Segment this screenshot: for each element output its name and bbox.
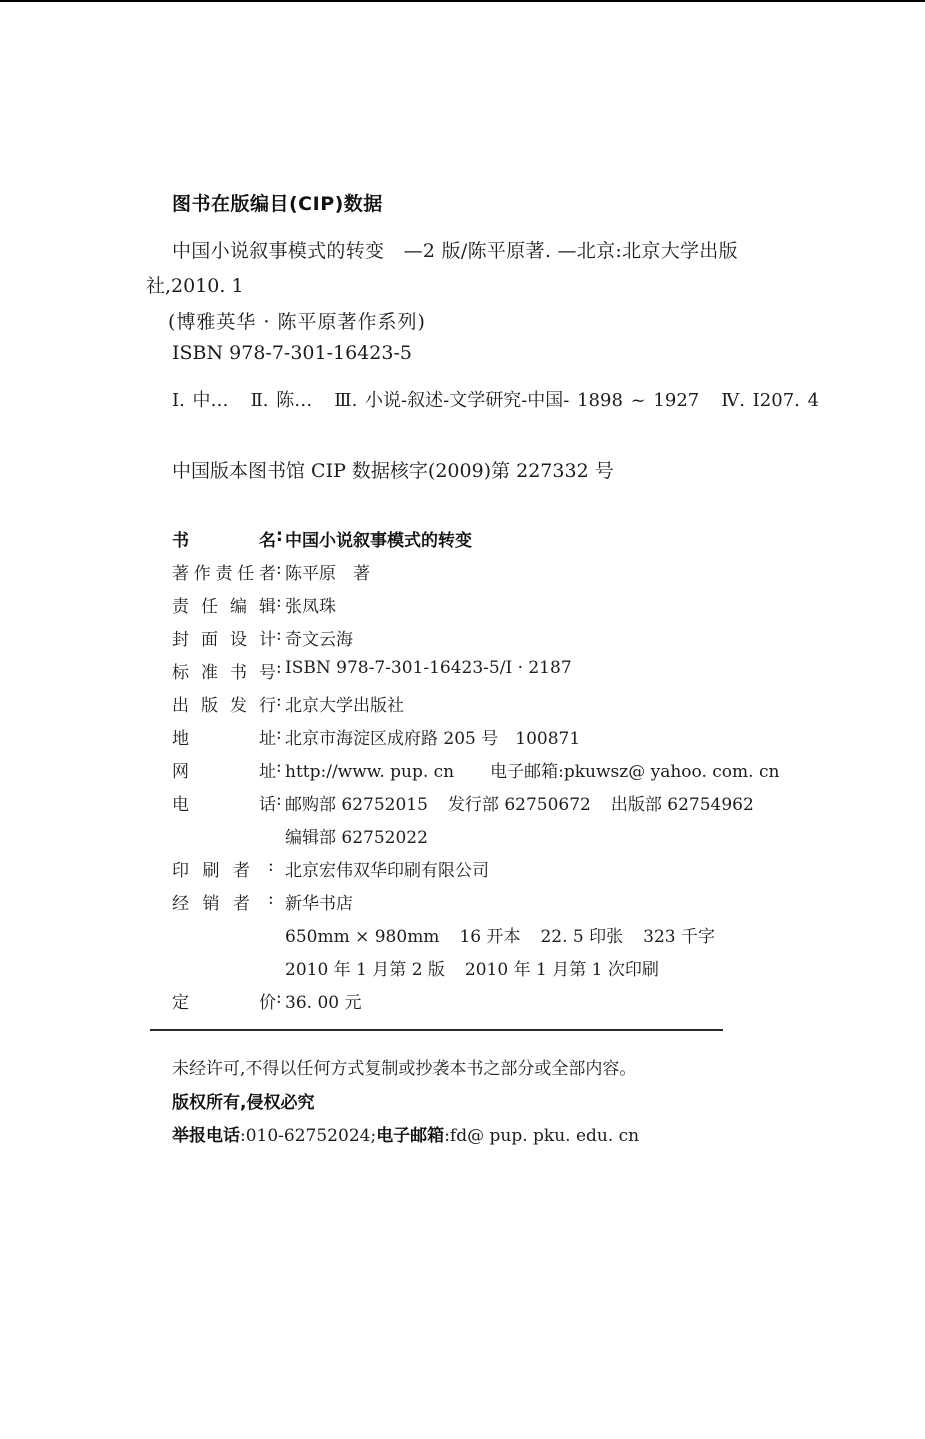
row-cover-design: 封面设计 : 奇文云海 (172, 625, 812, 658)
publisher-value: 北京大学出版社 (285, 691, 404, 716)
cip-classification: Ⅰ. 中…Ⅱ. 陈…Ⅲ. 小说-叙述-文学研究-中国- 1898 ~ 1927Ⅳ… (172, 386, 819, 412)
cip-entry-line-1: 中国小说叙事模式的转变 —2 版/陈平原著. —北京:北京大学出版 (172, 236, 738, 263)
label: 著作责任者 (172, 559, 276, 584)
report-label: 举报电话 (172, 1126, 240, 1146)
edition: 2010 年 1 月第 2 版 (285, 960, 445, 980)
sheets: 22. 5 印张 (540, 927, 623, 947)
phone-publishing: 出版部 62754962 (611, 795, 754, 815)
row-address: 地址 : 北京市海淀区成府路 205 号 100871 (172, 724, 812, 757)
folio: 16 开本 (459, 927, 520, 947)
row-phone-continued: 编辑部 62752022 (172, 823, 812, 856)
format: 650mm × 980mm (285, 927, 439, 947)
row-specs: 650mm × 980mm16 开本22. 5 印张323 千字 (172, 922, 812, 955)
divider-rule (150, 1029, 723, 1031)
label: 书名 (172, 526, 276, 551)
email-label: 电子邮箱 (376, 1126, 444, 1146)
row-book-title: 书名 : 中国小说叙事模式的转变 (172, 526, 812, 559)
copyright-notice: 未经许可,不得以任何方式复制或抄袭本书之部分或全部内容。 (172, 1054, 636, 1079)
class-2: Ⅱ. 陈… (251, 390, 313, 411)
email-link[interactable]: 电子邮箱:pkuwsz@ yahoo. com. cn (490, 762, 779, 782)
word-count: 323 千字 (643, 927, 715, 947)
label: 印刷者 (172, 856, 250, 881)
label: 定价 (172, 988, 276, 1013)
row-distributor: 经销者 : 新华书店 (172, 889, 812, 922)
copyright-page: 图书在版编目(CIP)数据 中国小说叙事模式的转变 —2 版/陈平原著. —北京… (0, 0, 925, 1439)
colophon: 书名 : 中国小说叙事模式的转变 著作责任者 : 陈平原 著 责任编辑 : 张凤… (172, 526, 812, 1021)
row-standard-book-number: 标准书号 : ISBN 978-7-301-16423-5/I · 2187 (172, 658, 812, 691)
report-email[interactable]: :fd@ pup. pku. edu. cn (444, 1126, 639, 1146)
label: 标准书号 (172, 658, 276, 683)
row-editor: 责任编辑 : 张凤珠 (172, 592, 812, 625)
website-link[interactable]: http://www. pup. cn (285, 762, 454, 782)
author-value: 陈平原 著 (285, 559, 370, 584)
label: 封面设计 (172, 625, 276, 650)
row-editions: 2010 年 1 月第 2 版2010 年 1 月第 1 次印刷 (172, 955, 812, 988)
editor-value: 张凤珠 (285, 592, 336, 617)
address-value: 北京市海淀区成府路 205 号 100871 (285, 724, 580, 749)
row-publisher: 出版发行 : 北京大学出版社 (172, 691, 812, 724)
row-website: 网址 : http://www. pup. cn电子邮箱:pkuwsz@ yah… (172, 757, 812, 790)
label: 电话 (172, 790, 276, 815)
label: 责任编辑 (172, 592, 276, 617)
class-1: Ⅰ. 中… (172, 390, 229, 411)
cip-approval-number: 中国版本图书馆 CIP 数据核字(2009)第 227332 号 (172, 456, 614, 483)
report-phone: :010-62752024; (240, 1126, 376, 1146)
row-printer: 印刷者 : 北京宏伟双华印刷有限公司 (172, 856, 812, 889)
row-author: 著作责任者 : 陈平原 著 (172, 559, 812, 592)
row-price: 定价 : 36. 00 元 (172, 988, 812, 1021)
cip-heading: 图书在版编目(CIP)数据 (172, 189, 383, 216)
label: 出版发行 (172, 691, 276, 716)
isbn-value: ISBN 978-7-301-16423-5/I · 2187 (285, 658, 572, 678)
printer-value: 北京宏伟双华印刷有限公司 (285, 856, 489, 881)
phone-distribution: 发行部 62750672 (448, 795, 591, 815)
cip-isbn: ISBN 978-7-301-16423-5 (172, 342, 412, 364)
price-value: 36. 00 元 (285, 988, 361, 1013)
label: 经销者 (172, 889, 250, 914)
class-4: Ⅳ. I207. 4 (721, 390, 819, 411)
report-contact: 举报电话:010-62752024;电子邮箱:fd@ pup. pku. edu… (172, 1121, 639, 1146)
cover-design-value: 奇文云海 (285, 625, 353, 650)
label: 网址 (172, 757, 276, 782)
phone-mail-order: 邮购部 62752015 (285, 795, 428, 815)
phone-editorial: 编辑部 62752022 (285, 823, 428, 848)
cip-series: (博雅英华 · 陈平原著作系列) (168, 307, 426, 334)
class-3: Ⅲ. 小说-叙述-文学研究-中国- 1898 ~ 1927 (334, 390, 699, 411)
printing: 2010 年 1 月第 1 次印刷 (465, 960, 659, 980)
label: 地址 (172, 724, 276, 749)
distributor-value: 新华书店 (285, 889, 353, 914)
row-phone: 电话 : 邮购部 62752015发行部 62750672出版部 6275496… (172, 790, 812, 823)
book-title-value: 中国小说叙事模式的转变 (285, 526, 472, 551)
cip-entry-line-2: 社,2010. 1 (146, 271, 244, 298)
rights-reserved: 版权所有,侵权必究 (172, 1088, 314, 1113)
